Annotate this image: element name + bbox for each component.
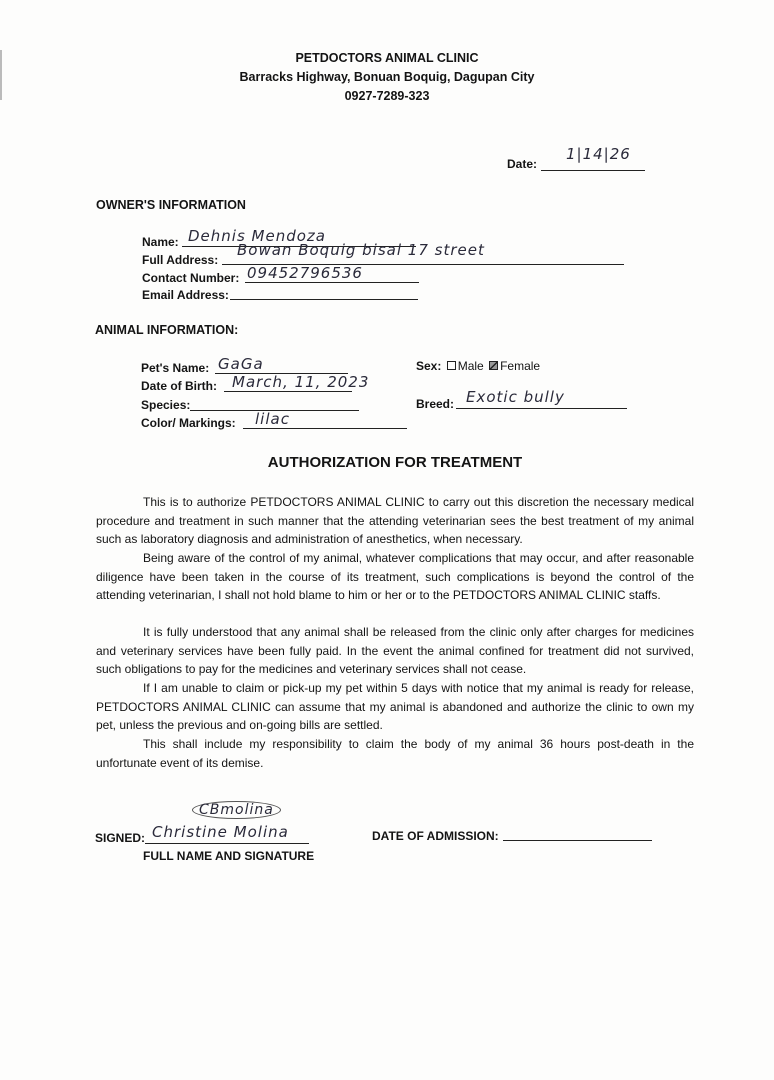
owner-address-field[interactable]: Bowan Boquig bisal 17 street [237,241,485,259]
signed-label: SIGNED: [95,831,145,845]
paragraph-5: This shall include my responsibility to … [96,735,694,772]
clinic-address: Barracks Highway, Bonuan Boquig, Dagupan… [0,70,774,84]
color-field[interactable]: lilac [255,410,290,428]
clinic-phone: 0927-7289-323 [0,89,774,103]
pet-name-label: Pet's Name: [141,361,209,375]
female-label: Female [500,359,540,373]
breed-label: Breed: [416,397,454,411]
authorization-title: AUTHORIZATION FOR TREATMENT [0,454,774,471]
female-checkbox[interactable] [489,361,498,370]
owner-contact-label: Contact Number: [142,271,239,285]
animal-section-heading: ANIMAL INFORMATION: [95,323,238,337]
paragraph-4: If I am unable to claim or pick-up my pe… [96,679,694,735]
signature-mark[interactable]: CBmolina [192,801,281,819]
printed-name-field[interactable]: Christine Molina [152,823,289,841]
species-label: Species: [141,398,190,412]
owner-section-heading: OWNER'S INFORMATION [96,198,246,212]
dob-field[interactable]: March, 11, 2023 [232,373,369,391]
pet-name-field[interactable]: GaGa [218,355,264,373]
male-checkbox[interactable] [447,361,456,370]
signature-line [145,843,309,844]
signature-caption: FULL NAME AND SIGNATURE [143,849,314,863]
paragraph-1: This is to authorize PETDOCTORS ANIMAL C… [96,493,694,549]
admission-date-label: DATE OF ADMISSION: [372,829,499,843]
owner-contact-field[interactable]: 09452796536 [247,264,363,282]
owner-name-label: Name: [142,235,179,249]
owner-address-label: Full Address: [142,253,218,267]
breed-line [456,408,627,409]
paragraph-2: Being aware of the control of my animal,… [96,549,694,605]
date-field[interactable]: 1|14|26 [566,145,631,163]
sex-selector: Sex: Male Female [416,359,540,373]
owner-contact-line [245,282,419,283]
paragraph-3: It is fully understood that any animal s… [96,623,694,679]
color-label: Color/ Markings: [141,416,236,430]
clinic-name: PETDOCTORS ANIMAL CLINIC [0,51,774,65]
date-line [541,170,645,171]
owner-email-label: Email Address: [142,288,229,302]
color-line [243,428,407,429]
dob-line [224,391,352,392]
owner-email-line [230,299,418,300]
admission-date-line [503,840,652,841]
dob-label: Date of Birth: [141,379,217,393]
sex-label: Sex: [416,359,441,373]
male-label: Male [458,359,484,373]
date-label: Date: [507,157,537,171]
breed-field[interactable]: Exotic bully [466,388,565,406]
